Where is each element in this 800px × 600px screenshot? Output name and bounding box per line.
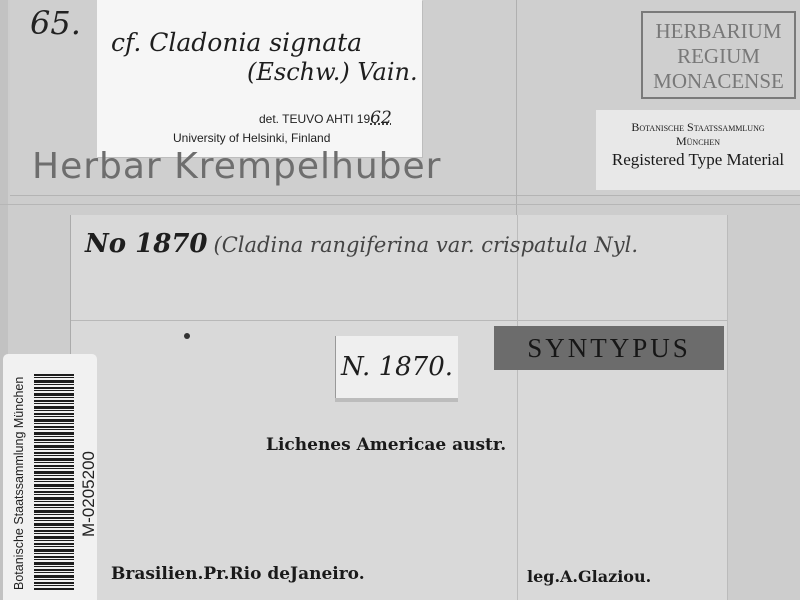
determination-label: cf. Cladonia signata (Eschw.) Vain. det.… [97,0,422,157]
herbar-krempelhuber-stamp: Herbar Krempelhuber [32,146,441,187]
type-label-text: Registered Type Material [596,150,800,170]
herbarium-sheet: 65. cf. Cladonia signata (Eschw.) Vain. … [0,0,800,600]
determination-author: (Eschw.) Vain. [247,58,418,86]
ink-spot [184,333,190,339]
entry-taxon: (Cladina rangiferina var. crispatula Nyl… [214,233,639,257]
entry-number: No 1870 [85,229,208,259]
collector: leg.A.Glaziou. [527,567,651,586]
determiner-year: 62 [370,108,392,128]
number-tag: N. 1870. [335,336,458,398]
determiner: det. TEUVO AHTI 1962 [259,108,392,128]
label-vertical-divider [517,215,518,600]
stamp-line-3: MONACENSE [643,69,794,94]
stamp-line-2: REGIUM [643,44,794,69]
catalog-number: M-0205200 [79,451,99,537]
type-label-institution: Botanische Staatssammlung [596,120,800,134]
stamp-line-1: HERBARIUM [643,19,794,44]
horizontal-fold-line [0,204,800,205]
type-label-city: München [596,134,800,148]
handwritten-entry: No 1870(Cladina rangiferina var. crispat… [85,229,638,259]
original-specimen-label: No 1870(Cladina rangiferina var. crispat… [70,215,728,600]
determination-taxon: cf. Cladonia signata [111,28,362,57]
barcode-icon [34,374,74,590]
barcode-institution: Botanische Staatssammlung München [12,377,26,590]
syntypus-band: SYNTYPUS [494,326,724,370]
determiner-institution: University of Helsinki, Finland [173,131,330,145]
sheet-number: 65. [30,4,81,42]
herbarium-regium-stamp: HERBARIUM REGIUM MONACENSE [641,11,796,99]
determiner-prefix: det. TEUVO AHTI 19 [259,112,370,126]
series-title: Lichenes Americae austr. [266,435,506,455]
barcode-label: Botanische Staatssammlung München M-0205… [3,354,97,600]
label-divider [71,320,727,321]
registered-type-label: Botanische Staatssammlung München Regist… [596,110,800,190]
locality: Brasilien.Pr.Rio deJaneiro. [111,564,365,584]
